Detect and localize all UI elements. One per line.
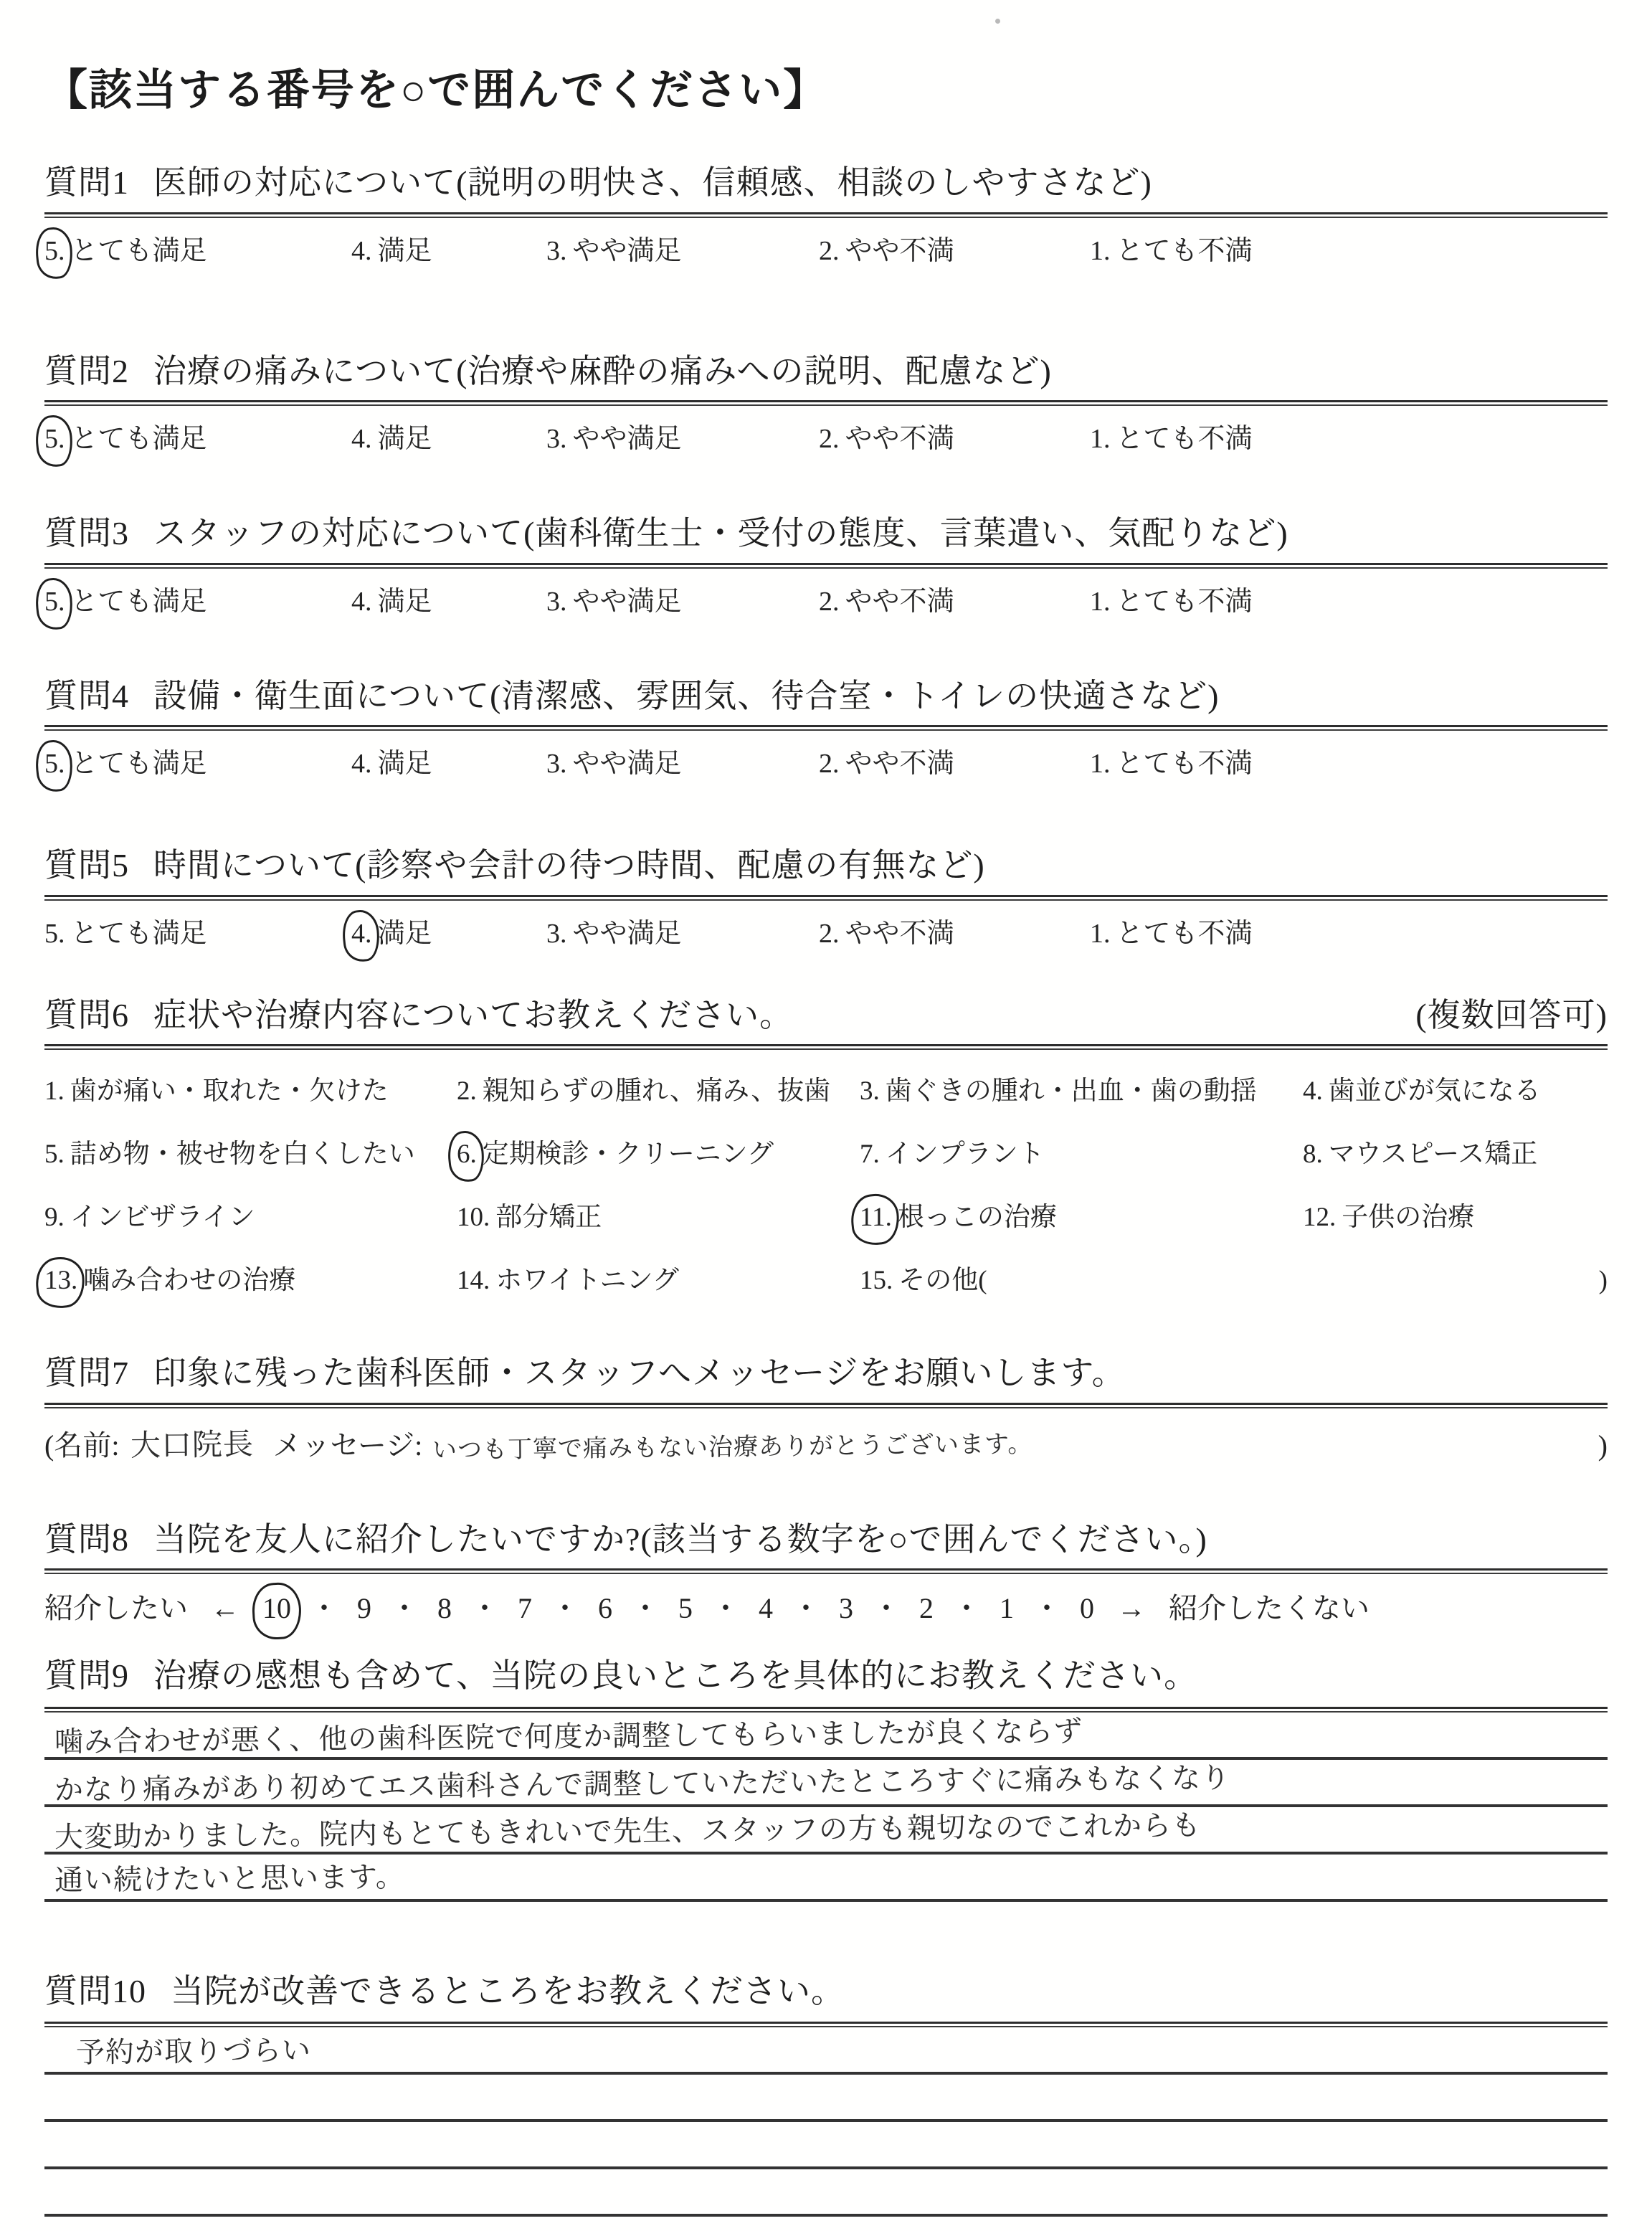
option-2: 2.やや不満 (819, 228, 1090, 267)
handwritten-message: いつも丁寧で痛みもない治療ありがとうございます。 (432, 1424, 1033, 1465)
option-1: 1.とても不満 (1090, 741, 1253, 780)
scale-5: 5 (678, 1591, 693, 1625)
scale-2: 2 (919, 1591, 934, 1625)
option-1: 1.とても不満 (1090, 228, 1253, 267)
left-arrow-icon: ← (211, 1591, 239, 1625)
header-rule (44, 1707, 1608, 1713)
header-rule (44, 563, 1608, 569)
question-7: 質問7 印象に残った歯科医師・スタッフへメッセージをお願いします。 ( 名前: … (44, 1353, 1608, 1464)
answer-line-2: かなり痛みがあり初めてエス歯科さんで調整していただいたところすぐに痛みもなくなり (44, 1760, 1608, 1807)
circled-answer-mark: 5. (44, 586, 65, 617)
handwritten-text: 通い続けたいと思います。 (54, 1861, 405, 1896)
option-text: とても満足 (71, 228, 207, 267)
dot-separator: ・ (792, 1586, 820, 1626)
option-text: とても満足 (71, 579, 207, 618)
question-9-label: 質問9 (44, 1655, 129, 1697)
header-rule (44, 895, 1608, 901)
answer-line-4-empty (44, 2169, 1608, 2217)
q6-item-5: 5.詰め物・被せ物を白くしたい (44, 1132, 457, 1170)
option-text: とても不満 (1116, 416, 1253, 455)
question-1-heading: 質問1 医師の対応について(説明の明快さ、信頼感、相談のしやすさなど) (44, 162, 1608, 204)
handwritten-text: 噛み合わせが悪く、他の歯科医院で何度か調整してもらいましたが良くならず (54, 1715, 1083, 1758)
question-9-heading: 質問9 治療の感想も含めて、当院の良いところを具体的にお教えください。 (44, 1655, 1608, 1697)
option-text: やや満足 (573, 741, 682, 780)
question-7-heading: 質問7 印象に残った歯科医師・スタッフへメッセージをお願いします。 (44, 1353, 1608, 1394)
answer-line-1: 予約が取りづらい (44, 2027, 1608, 2075)
q6-item-9: 9.インビザライン (44, 1195, 457, 1233)
q6-item-7: 7.インプラント (860, 1132, 1303, 1170)
option-3: 3.やや満足 (546, 911, 819, 950)
question-1-title: 医師の対応について(説明の明快さ、信頼感、相談のしやすさなど) (153, 162, 1152, 204)
header-rule (44, 400, 1608, 406)
q6-item-12: 12.子供の治療 (1303, 1195, 1608, 1233)
option-text: 満足 (378, 741, 432, 780)
option-3: 3.やや満足 (546, 416, 819, 455)
option-1: 1.とても不満 (1090, 416, 1253, 455)
question-9-title: 治療の感想も含めて、当院の良いところを具体的にお教えください。 (153, 1655, 1197, 1697)
option-text: とても不満 (1116, 579, 1253, 618)
option-1: 1.とても不満 (1090, 579, 1253, 618)
question-8-label: 質問8 (44, 1519, 129, 1560)
answer-line-3: 大変助かりました。院内もとてもきれいで先生、スタッフの方も親切なのでこれからも (44, 1807, 1608, 1855)
q6-item-14: 14.ホワイトニング (457, 1258, 860, 1297)
option-text: やや不満 (845, 416, 954, 455)
dot-separator: ・ (470, 1586, 499, 1626)
dot-separator: ・ (390, 1586, 419, 1626)
question-3-label: 質問3 (44, 513, 129, 554)
handwritten-text: かなり痛みがあり初めてエス歯科さんで調整していただいたところすぐに痛みもなくなり (54, 1762, 1230, 1806)
handwritten-text: 予約が取りづらい (76, 2035, 311, 2068)
dot-separator: ・ (952, 1586, 981, 1626)
option-text: とても不満 (1116, 911, 1253, 950)
question-4-label: 質問4 (44, 676, 129, 717)
option-text: やや不満 (845, 741, 954, 780)
q6-item-13: 13.噛み合わせの治療 (44, 1258, 457, 1297)
option-5: 5.とても満足 (44, 416, 351, 455)
question-10-heading: 質問10 当院が改善できるところをお教えください。 (44, 1971, 1608, 2012)
question-9-answer-area: 噛み合わせが悪く、他の歯科医院で何度か調整してもらいましたが良くならず かなり痛… (44, 1707, 1608, 1902)
question-3: 質問3 スタッフの対応について(歯科衛生士・受付の態度、言葉遣い、気配りなど) … (44, 513, 1608, 618)
answer-line-3-empty (44, 2122, 1608, 2169)
question-7-answer-line: ( 名前: 大口院長 メッセージ: いつも丁寧で痛みもない治療ありがとうございま… (44, 1421, 1608, 1464)
question-10-answer-area: 予約が取りづらい (44, 2022, 1608, 2217)
option-text: 満足 (378, 579, 432, 618)
right-arrow-icon: → (1117, 1591, 1146, 1625)
question-10-title: 当院が改善できるところをお教えください。 (171, 1971, 845, 2012)
question-6-title: 症状や治療内容についてお教えください。 (153, 995, 793, 1036)
paren-close: ) (1598, 1429, 1608, 1462)
dot-separator: ・ (711, 1586, 740, 1626)
question-4-heading: 質問4 設備・衛生面について(清潔感、雰囲気、待合室・トイレの快適さなど) (44, 676, 1608, 717)
dot-separator: ・ (1032, 1586, 1061, 1626)
circled-answer-mark: 5. (44, 748, 65, 780)
option-number: 4. (351, 235, 372, 267)
question-2-heading: 質問2 治療の痛みについて(治療や麻酔の痛みへの説明、配慮など) (44, 351, 1608, 392)
option-4: 4.満足 (351, 911, 546, 950)
scale-1: 1 (1000, 1591, 1014, 1625)
scale-right-label: 紹介したくない (1169, 1586, 1369, 1626)
question-3-title: スタッフの対応について(歯科衛生士・受付の態度、言葉遣い、気配りなど) (153, 513, 1288, 554)
question-1-label: 質問1 (44, 162, 129, 204)
answer-line-2-empty (44, 2075, 1608, 2122)
option-number: 1. (1090, 235, 1111, 267)
question-8: 質問8 当院を友人に紹介したいですか?(該当する数字を○で囲んでください。) 紹… (44, 1519, 1608, 1627)
question-3-options: 5.とても満足 4.満足 3.やや満足 2.やや不満 1.とても不満 (44, 579, 1608, 618)
option-2: 2.やや不満 (819, 741, 1090, 780)
question-5: 質問5 時間について(診察や会計の待つ時間、配慮の有無など) 5.とても満足 4… (44, 845, 1608, 950)
option-3: 3.やや満足 (546, 579, 819, 618)
scale-10: 10 (262, 1592, 291, 1624)
option-4: 4.満足 (351, 416, 546, 455)
recommend-scale: 紹介したい ← 10 ・ 9 ・ 8 ・ 7 ・ 6 ・ 5 ・ 4 ・ 3 ・… (44, 1586, 1608, 1626)
option-5: 5.とても満足 (44, 911, 351, 950)
q6-item-8: 8.マウスピース矯正 (1303, 1132, 1608, 1170)
option-2: 2.やや不満 (819, 579, 1090, 618)
dot-separator: ・ (551, 1586, 579, 1626)
option-number: 5. (44, 236, 65, 266)
scale-3: 3 (839, 1591, 853, 1625)
option-text: とても満足 (71, 416, 207, 455)
circled-answer-mark: 6. (457, 1139, 477, 1170)
dot-separator: ・ (631, 1586, 660, 1626)
circled-answer-mark: 13. (44, 1265, 77, 1296)
q6-item-3: 3.歯ぐきの腫れ・出血・歯の動揺 (860, 1069, 1303, 1107)
page-title: 【該当する番号を○で囲んでください】 (44, 56, 1608, 118)
question-6: 質問6 症状や治療内容についてお教えください。 (複数回答可) 1.歯が痛い・取… (44, 995, 1608, 1297)
header-rule (44, 725, 1608, 731)
option-5: 5.とても満足 (44, 741, 351, 780)
q6-item-15-close-paren: ) (1599, 1265, 1608, 1296)
question-7-title: 印象に残った歯科医師・スタッフへメッセージをお願いします。 (153, 1353, 1126, 1394)
option-text: とても不満 (1116, 741, 1253, 780)
scale-0: 0 (1080, 1591, 1094, 1625)
question-2: 質問2 治療の痛みについて(治療や麻酔の痛みへの説明、配慮など) 5.とても満足… (44, 351, 1608, 456)
option-text: やや満足 (573, 228, 682, 267)
option-text: とても不満 (1116, 228, 1253, 267)
question-9: 質問9 治療の感想も含めて、当院の良いところを具体的にお教えください。 噛み合わ… (44, 1655, 1608, 1902)
option-1: 1.とても不満 (1090, 911, 1253, 950)
handwritten-name: 大口院長 (130, 1421, 255, 1465)
answer-line-4: 通い続けたいと思います。 (44, 1855, 1608, 1902)
option-text: 満足 (378, 228, 432, 267)
option-2: 2.やや不満 (819, 416, 1090, 455)
option-4: 4.満足 (351, 741, 546, 780)
option-text: やや満足 (573, 911, 682, 950)
question-7-label: 質問7 (44, 1353, 129, 1394)
scan-speck (995, 19, 1000, 24)
header-rule (44, 212, 1608, 218)
option-number: 3. (546, 235, 567, 267)
message-label: メッセージ: (272, 1423, 422, 1464)
option-3: 3.やや満足 (546, 228, 819, 267)
option-text: とても満足 (71, 911, 207, 950)
question-6-note: (複数回答可) (1415, 995, 1608, 1036)
option-text: とても満足 (71, 741, 207, 780)
option-3: 3.やや満足 (546, 741, 819, 780)
question-5-label: 質問5 (44, 845, 129, 886)
option-4: 4.満足 (351, 228, 546, 267)
circled-answer-mark: 10 (262, 1591, 291, 1625)
scale-7: 7 (518, 1591, 532, 1625)
circled-answer-mark: 4. (351, 918, 372, 949)
option-text: 満足 (378, 416, 432, 455)
q6-item-2: 2.親知らずの腫れ、痛み、抜歯 (457, 1069, 860, 1107)
header-rule (44, 2022, 1608, 2027)
question-1: 質問1 医師の対応について(説明の明快さ、信頼感、相談のしやすさなど) 5.とて… (44, 162, 1608, 267)
handwritten-text: 大変助かりました。院内もとてもきれいで先生、スタッフの方も親切なのでこれからも (54, 1809, 1201, 1853)
survey-page: 【該当する番号を○で囲んでください】 質問1 医師の対応について(説明の明快さ、… (0, 0, 1652, 2231)
option-text: やや不満 (845, 911, 954, 950)
option-text: やや不満 (845, 228, 954, 267)
option-5: 5.とても満足 (44, 579, 351, 618)
q6-item-1: 1.歯が痛い・取れた・欠けた (44, 1069, 457, 1107)
header-rule (44, 1044, 1608, 1050)
scale-4: 4 (759, 1591, 773, 1625)
answer-line-1: 噛み合わせが悪く、他の歯科医院で何度か調整してもらいましたが良くならず (44, 1713, 1608, 1760)
circled-answer-mark: 5. (44, 235, 65, 267)
question-6-items: 1.歯が痛い・取れた・欠けた 2.親知らずの腫れ、痛み、抜歯 3.歯ぐきの腫れ・… (44, 1069, 1608, 1297)
dot-separator: ・ (310, 1586, 338, 1626)
scale-6: 6 (598, 1591, 612, 1625)
question-2-label: 質問2 (44, 351, 129, 392)
q6-item-11: 11.根っこの治療 (860, 1195, 1303, 1233)
scale-left-label: 紹介したい (44, 1586, 188, 1626)
circled-answer-mark: 5. (44, 423, 65, 455)
question-6-label: 質問6 (44, 995, 129, 1036)
scale-9: 9 (357, 1591, 371, 1625)
option-text: やや満足 (573, 579, 682, 618)
question-10-label: 質問10 (44, 1971, 146, 2012)
name-label: 名前: (54, 1423, 119, 1464)
question-4-options: 5.とても満足 4.満足 3.やや満足 2.やや不満 1.とても不満 (44, 741, 1608, 780)
q6-item-4: 4.歯並びが気になる (1303, 1069, 1608, 1107)
option-text: やや満足 (573, 416, 682, 455)
option-text: 満足 (378, 911, 432, 950)
q6-item-6: 6.定期検診・クリーニング (457, 1132, 860, 1170)
circled-answer-mark: 11. (860, 1202, 892, 1233)
question-5-title: 時間について(診察や会計の待つ時間、配慮の有無など) (153, 845, 985, 886)
paren-open: ( (44, 1429, 54, 1462)
question-4-title: 設備・衛生面について(清潔感、雰囲気、待合室・トイレの快適さなど) (153, 676, 1219, 717)
question-8-heading: 質問8 当院を友人に紹介したいですか?(該当する数字を○で囲んでください。) (44, 1519, 1608, 1560)
header-rule (44, 1568, 1608, 1574)
header-rule (44, 1403, 1608, 1408)
question-8-title: 当院を友人に紹介したいですか?(該当する数字を○で囲んでください。) (153, 1519, 1207, 1560)
question-10: 質問10 当院が改善できるところをお教えください。 予約が取りづらい (44, 1971, 1608, 2217)
option-2: 2.やや不満 (819, 911, 1090, 950)
question-4: 質問4 設備・衛生面について(清潔感、雰囲気、待合室・トイレの快適さなど) 5.… (44, 676, 1608, 781)
question-1-options: 5.とても満足 4.満足 3.やや満足 2.やや不満 1.とても不満 (44, 228, 1608, 267)
option-text: やや不満 (845, 579, 954, 618)
option-5: 5.とても満足 (44, 228, 351, 267)
question-2-title: 治療の痛みについて(治療や麻酔の痛みへの説明、配慮など) (153, 351, 1052, 392)
option-number: 2. (819, 235, 840, 267)
question-2-options: 5.とても満足 4.満足 3.やや満足 2.やや不満 1.とても不満 (44, 416, 1608, 455)
option-4: 4.満足 (351, 579, 546, 618)
q6-item-10: 10.部分矯正 (457, 1195, 860, 1233)
q6-item-15: 15.その他( ) (860, 1258, 1608, 1297)
question-5-heading: 質問5 時間について(診察や会計の待つ時間、配慮の有無など) (44, 845, 1608, 886)
question-3-heading: 質問3 スタッフの対応について(歯科衛生士・受付の態度、言葉遣い、気配りなど) (44, 513, 1608, 554)
question-6-heading: 質問6 症状や治療内容についてお教えください。 (複数回答可) (44, 995, 1608, 1036)
question-5-options: 5.とても満足 4.満足 3.やや満足 2.やや不満 1.とても不満 (44, 911, 1608, 950)
dot-separator: ・ (872, 1586, 901, 1626)
scale-8: 8 (437, 1591, 452, 1625)
